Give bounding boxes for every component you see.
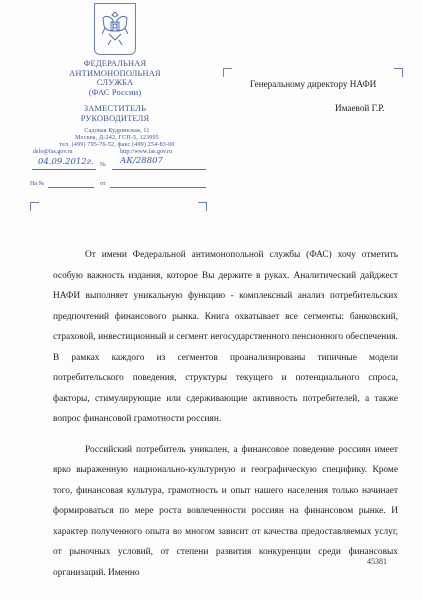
addressee-bracket-right — [394, 68, 403, 77]
address-city: Москва, Д-242, ГСП-5, 123995 — [2, 135, 232, 142]
number-line — [112, 169, 206, 170]
bracket-top-right — [198, 202, 207, 211]
addressee-title: Генеральному директору НАФИ — [250, 79, 376, 89]
org-name: ФЕДЕРАЛЬНАЯ АНТИМОНОПОЛЬНАЯ СЛУЖБА (ФАС … — [0, 59, 230, 97]
email: delo@fas.gov.ru — [33, 149, 72, 156]
position-line-2: РУКОВОДИТЕЛЯ — [0, 114, 230, 124]
addressee-bracket-left — [223, 68, 232, 77]
phone-fax: тел. (499) 795-76-52, факс (499) 254-83-… — [2, 142, 232, 149]
number-handwritten: АК/28807 — [120, 156, 163, 166]
ref-from-label: от — [100, 181, 106, 188]
org-line-2: АНТИМОНОПОЛЬНАЯ — [0, 69, 230, 79]
bracket-top-left — [30, 202, 39, 211]
address-street: Садовая Кудринская, 11 — [2, 128, 232, 135]
website: http://www.fas.gov.ru — [120, 149, 172, 156]
paragraph-1: От имени Федеральной антимонопольной слу… — [53, 245, 398, 430]
org-line-3: СЛУЖБА — [0, 78, 230, 88]
date-handwritten: 04.09.2012г. — [38, 157, 94, 167]
org-line-1: ФЕДЕРАЛЬНАЯ — [0, 59, 230, 69]
ref-date-line — [110, 187, 206, 188]
position-title: ЗАМЕСТИТЕЛЬ РУКОВОДИТЕЛЯ — [0, 104, 230, 123]
contact-block: Садовая Кудринская, 11 Москва, Д-242, ГС… — [2, 128, 232, 149]
coat-of-arms-icon — [94, 3, 136, 55]
page-code: 45381 — [367, 557, 387, 566]
ref-label: На № — [30, 181, 44, 188]
letter-body: От имени Федеральной антимонопольной слу… — [53, 245, 398, 583]
ref-number-line — [48, 187, 94, 188]
position-line-1: ЗАМЕСТИТЕЛЬ — [0, 104, 230, 114]
number-label: № — [100, 162, 106, 169]
org-short-name: (ФАС России) — [0, 88, 230, 98]
addressee-name: Имаевой Г.Р. — [335, 103, 384, 113]
paragraph-2: Российский потребитель уникален, а финан… — [53, 440, 398, 584]
date-line — [32, 169, 96, 170]
